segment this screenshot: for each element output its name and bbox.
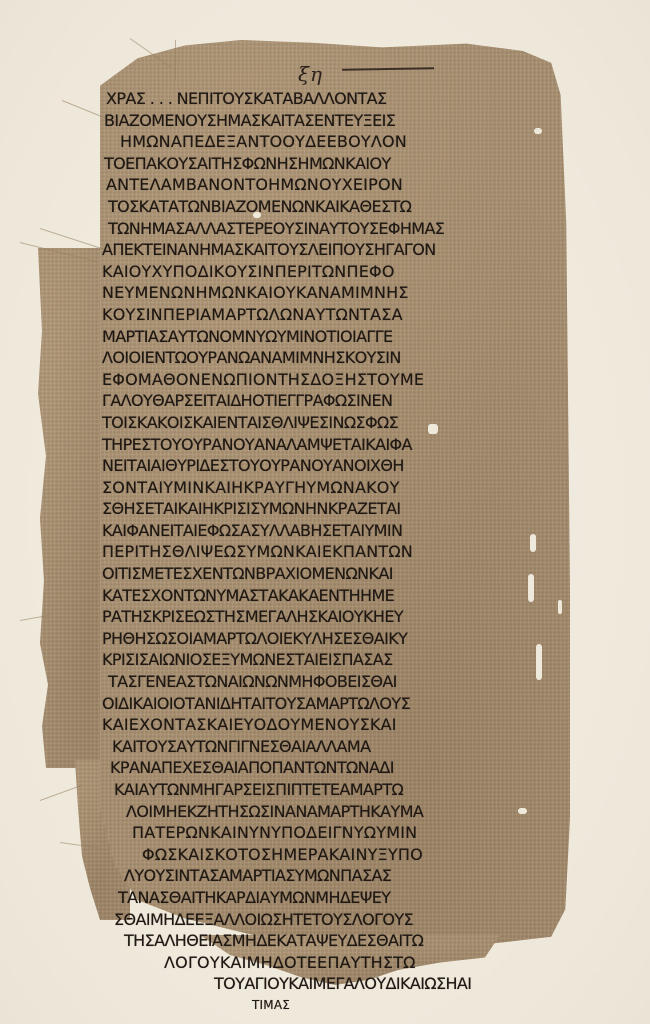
- text-line: ΤΗΡΕΣΤΟΥΟΥΡΑΝΟΥΑΝΑΛΑΜΨΕΤΑΙΚΑΙΦΑ: [102, 434, 542, 456]
- text-line: ΠΑΤΕΡΩΝΚΑΙΝΥΝΥΠΟΔΕΙΓΝΥΩΥΜΙΝ: [102, 822, 542, 844]
- text-line: ΤΑΣΓΕΝΕΑΣΤΩΝΑΙΩΝΩΝΜΗΦΟΒΕΙΣΘΑΙ: [102, 671, 542, 693]
- text-line: ΤΟΙΣΚΑΚΟΙΣΚΑΙΕΝΤΑΙΣΘΛΙΨΕΣΙΝΩΣΦΩΣ: [102, 412, 542, 434]
- loose-fiber: [175, 40, 176, 80]
- text-line: ΦΩΣΚΑΙΣΚΟΤΟΣΗΜΕΡΑΚΑΙΝΥΞΥΠΟ: [102, 844, 542, 866]
- text-line: ΡΑΤΗΣΚΡΙΣΕΩΣΤΗΣΜΕΓΑΛΗΣΚΑΙΟΥΚΗΕΥ: [102, 606, 542, 628]
- text-line: ΣΘΑΙΜΗΔΕΕΞΑΛΛΟΙΩΣΗΤΕΤΟΥΣΛΟΓΟΥΣ: [102, 909, 542, 931]
- loose-fiber: [40, 228, 107, 251]
- text-line: ΤΟΕΠΑΚΟΥΣΑΙΤΗΣΦΩΝΗΣΗΜΩΝΚΑΙΟΥ: [102, 153, 542, 175]
- text-line: ΒΙΑΖΟΜΕΝΟΥΣΗΜΑΣΚΑΙΤΑΣΕΝΤΕΥΞΕΙΣ: [102, 110, 542, 132]
- loose-fiber: [40, 785, 83, 801]
- text-line: ΑΠΕΚΤΕΙΝΑΝΗΜΑΣΚΑΙΤΟΥΣΛΕΙΠΟΥΣΗΓΑΓΟΝ: [102, 239, 542, 261]
- text-line: ΚΑΙΕΧΟΝΤΑΣΚΑΙΕΥΟΔΟΥΜΕΝΟΥΣΚΑΙ: [102, 714, 542, 736]
- text-line: ΚΑΙΟΥΧΥΠΟΔΙΚΟΥΣΙΝΠΕΡΙΤΩΝΠΕΦΟ: [102, 261, 542, 283]
- text-line: ΧΡΑΣ . . . ΝΕΠΙΤΟΥΣΚΑΤΑΒΑΛΛΟΝΤΑΣ: [102, 88, 542, 110]
- text-line: ΚΑΙΑΥΤΩΝΜΗΓΑΡΣΕΙΣΠΙΠΤΕΤΕΑΜΑΡΤΩ: [102, 779, 542, 801]
- text-line: ΟΙΔΙΚΑΙΟΙΟΤΑΝΙΔΗΤΑΙΤΟΥΣΑΜΑΡΤΩΛΟΥΣ: [102, 693, 542, 715]
- text-line: ΚΟΥΣΙΝΠΕΡΙΑΜΑΡΤΩΛΩΝΑΥΤΩΝΤΑΣΑ: [102, 304, 542, 326]
- text-line: ΤΗΣΑΛΗΘΕΙΑΣΜΗΔΕΚΑΤΑΨΕΥΔΕΣΘΑΙΤΩ: [102, 930, 542, 952]
- text-line: ΠΕΡΙΤΗΣΘΛΙΨΕΩΣΥΜΩΝΚΑΙΕΚΠΑΝΤΩΝ: [102, 541, 542, 563]
- text-line: ΚΑΙΤΟΥΣΑΥΤΩΝΓΙΓΝΕΣΘΑΙΑΛΛΑΜΑ: [102, 736, 542, 758]
- text-line: ΚΡΙΣΙΣΑΙΩΝΙΟΣΕΞΥΜΩΝΕΣΤΑΙΕΙΣΠΑΣΑΣ: [102, 649, 542, 671]
- text-line: ΟΙΤΙΣΜΕΤΕΣΧΕΝΤΩΝΒΡΑΧΙΟΜΕΝΩΝΚΑΙ: [102, 563, 542, 585]
- text-line: ΣΟΝΤΑΙΥΜΙΝΚΑΙΗΚΡΑΥΓΗΥΜΩΝΑΚΟΥ: [102, 477, 542, 499]
- text-line: ΛΟΓΟΥΚΑΙΜΗΔΟΤΕΕΠΑΥΤΗΣΤΩ: [102, 952, 542, 974]
- text-line: ΤΙΜΑΣ: [102, 995, 542, 1017]
- text-line: ΤΑΝΑΣΘΑΙΤΗΚΑΡΔΙΑΥΜΩΝΜΗΔΕΨΕΥ: [102, 887, 542, 909]
- lacuna: [558, 600, 562, 614]
- text-line: ΕΦΟΜΑΘΟΝΕΝΩΠΙΟΝΤΗΣΔΟΞΗΣΤΟΥΜΕ: [102, 369, 542, 391]
- text-line: ΛΟΙΟΙΕΝΤΩΟΥΡΑΝΩΑΝΑΜΙΜΝΗΣΚΟΥΣΙΝ: [102, 347, 542, 369]
- text-line: ΛΟΙΜΗΕΚΖΗΤΗΣΩΣΙΝΑΝΑΜΑΡΤΗΚΑΥΜΑ: [102, 801, 542, 823]
- text-line: ΜΑΡΤΙΑΣΑΥΤΩΝΟΜΝΥΩΥΜΙΝΟΤΙΟΙΑΓΓΕ: [102, 326, 542, 348]
- text-line: ΗΜΩΝΑΠΕΔΕΞΑΝΤΟΟΥΔΕΕΒΟΥΛΟΝ: [102, 131, 542, 153]
- text-line: ΚΑΙΦΑΝΕΙΤΑΙΕΦΩΣΑΣΥΛΛΑΒΗΣΕΤΑΙΥΜΙΝ: [102, 520, 542, 542]
- text-line: ΣΘΗΣΕΤΑΙΚΑΙΗΚΡΙΣΙΣΥΜΩΝΗΝΚΡΑΖΕΤΑΙ: [102, 498, 542, 520]
- text-line: ΡΗΘΗΣΩΣΟΙΑΜΑΡΤΩΛΟΙΕΚΥΛΗΣΕΣΘΑΙΚΥ: [102, 628, 542, 650]
- page-number: ξη: [298, 62, 323, 86]
- manuscript-text: ΧΡΑΣ . . . ΝΕΠΙΤΟΥΣΚΑΤΑΒΑΛΛΟΝΤΑΣ ΒΙΑΖΟΜΕ…: [102, 88, 542, 1017]
- text-line: ΤΩΝΗΜΑΣΑΛΛΑΣΤΕΡΕΟΥΣΙΝΑΥΤΟΥΣΕΦΗΜΑΣ: [102, 218, 542, 240]
- text-line: ΤΟΥΑΓΙΟΥΚΑΙΜΕΓΑΛΟΥΔΙΚΑΙΩΣΗΑΙ: [102, 973, 542, 995]
- text-line: ΛΥΟΥΣΙΝΤΑΣΑΜΑΡΤΙΑΣΥΜΩΝΠΑΣΑΣ: [102, 865, 542, 887]
- text-line: ΓΑΛΟΥΘΑΡΣΕΙΤΑΙΔΗΟΤΙΕΓΓΡΑΦΩΣΙΝΕΝ: [102, 390, 542, 412]
- text-line: ΝΕΥΜΕΝΩΝΗΜΩΝΚΑΙΟΥΚΑΝΑΜΙΜΝΗΣ: [102, 282, 542, 304]
- text-line: ΑΝΤΕΛΑΜΒΑΝΟΝΤΟΗΜΩΝΟΥΧΕΙΡΟΝ: [102, 174, 542, 196]
- papyrus-sheet: ξη ΧΡΑΣ . . . ΝΕΠΙΤΟΥΣΚΑΤΑΒΑΛΛΟΝΤΑΣ ΒΙΑΖ…: [0, 0, 650, 1024]
- text-line: ΚΑΤΕΣΧΟΝΤΩΝΥΜΑΣΤΑΚΑΚΑΕΝΤΗΗΜΕ: [102, 585, 542, 607]
- text-line: ΚΡΑΝΑΠΕΧΕΣΘΑΙΑΠΟΠΑΝΤΩΝΤΩΝΑΔΙ: [102, 757, 542, 779]
- text-line: ΝΕΙΤΑΙΑΙΘΥΡΙΔΕΣΤΟΥΟΥΡΑΝΟΥΑΝΟΙΧΘΗ: [102, 455, 542, 477]
- text-line: ΤΟΣΚΑΤΑΤΩΝΒΙΑΖΟΜΕΝΩΝΚΑΙΚΑΘΕΣΤΩ: [102, 196, 542, 218]
